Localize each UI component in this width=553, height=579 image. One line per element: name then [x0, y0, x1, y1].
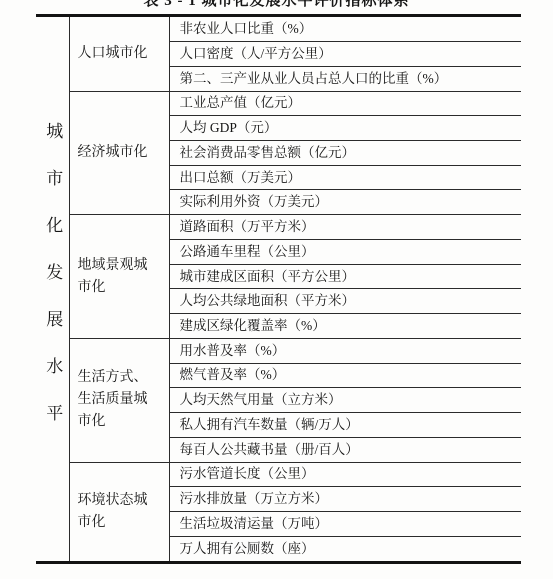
table-row: 城市化发展水平 人口城市化 非农业人口比重（%）: [36, 16, 521, 42]
category-cell-landscape: 地域景观城 市化: [69, 215, 169, 339]
indicator-cell: 建成区绿化覆盖率（%）: [169, 314, 521, 339]
indicator-cell: 人均 GDP（元）: [169, 116, 521, 141]
vertical-header-cell: 城市化发展水平: [36, 16, 69, 563]
category-cell-population: 人口城市化: [69, 16, 169, 92]
indicator-cell: 燃气普及率（%）: [169, 363, 521, 388]
table-row: 经济城市化 工业总产值（亿元）: [36, 91, 521, 116]
indicator-cell: 社会消费品零售总额（亿元）: [169, 140, 521, 165]
indicator-cell: 私人拥有汽车数量（辆/万人）: [169, 413, 521, 438]
indicator-cell: 工业总产值（亿元）: [169, 91, 521, 116]
indicator-cell: 人口密度（人/平方公里）: [169, 42, 521, 67]
indicator-cell: 第二、三产业从业人员占总人口的比重（%）: [169, 66, 521, 91]
category-cell-lifestyle: 生活方式、 生活质量城 市化: [69, 338, 169, 462]
indicator-cell: 非农业人口比重（%）: [169, 16, 521, 42]
indicator-cell: 污水排放量（万立方米）: [169, 487, 521, 512]
indicator-cell: 出口总额（万美元）: [169, 165, 521, 190]
table-row: 地域景观城 市化 道路面积（万平方米）: [36, 215, 521, 240]
indicator-cell: 污水管道长度（公里）: [169, 462, 521, 487]
indicator-cell: 人均公共绿地面积（平方米）: [169, 289, 521, 314]
table-row: 环境状态城 市化 污水管道长度（公里）: [36, 462, 521, 487]
category-cell-environment: 环境状态城 市化: [69, 462, 169, 562]
indicator-cell: 人均天然气用量（立方米）: [169, 388, 521, 413]
indicator-cell: 生活垃圾清运量（万吨）: [169, 512, 521, 537]
indicator-cell: 城市建成区面积（平方公里）: [169, 264, 521, 289]
table-title: 表 3 - 1 城市化发展水平评价指标体系: [0, 0, 553, 9]
indicator-table: 城市化发展水平 人口城市化 非农业人口比重（%） 人口密度（人/平方公里） 第二…: [36, 14, 521, 564]
indicator-cell: 公路通车里程（公里）: [169, 239, 521, 264]
indicator-cell: 道路面积（万平方米）: [169, 215, 521, 240]
indicator-cell: 每百人公共藏书量（册/百人）: [169, 437, 521, 462]
indicator-cell: 万人拥有公厕数（座）: [169, 536, 521, 562]
indicator-cell: 实际利用外资（万美元）: [169, 190, 521, 215]
table-row: 生活方式、 生活质量城 市化 用水普及率（%）: [36, 338, 521, 363]
table-title-clip: 表 3 - 1 城市化发展水平评价指标体系: [0, 0, 553, 10]
scanned-page: 表 3 - 1 城市化发展水平评价指标体系 城市化发展水平 人口城市化 非农业人…: [0, 0, 553, 579]
indicator-cell: 用水普及率（%）: [169, 338, 521, 363]
category-cell-economic: 经济城市化: [69, 91, 169, 215]
vertical-header-text: 城市化发展水平: [37, 122, 67, 451]
